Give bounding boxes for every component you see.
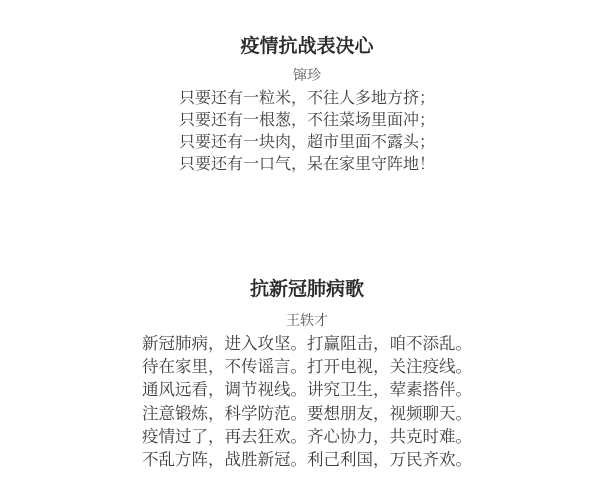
- poem-line: 不乱方阵，战胜新冠。利己利国，万民齐欢。: [0, 448, 614, 471]
- poem-line: 只要还有一口气，呆在家里守阵地！: [0, 153, 614, 175]
- poem-line: 通风远看，调节视线。讲究卫生，荤素搭伴。: [0, 378, 614, 401]
- poem-author: 王轶才: [0, 310, 614, 332]
- poem-line: 疫情过了，再去狂欢。齐心协力，共克时难。: [0, 425, 614, 448]
- poem-line: 只要还有一粒米，不往人多地方挤；: [0, 87, 614, 109]
- poem-line: 新冠肺病，进入攻坚。打赢阻击，咱不添乱。: [0, 332, 614, 355]
- poem-line: 待在家里，不传谣言。打开电视，关注疫线。: [0, 355, 614, 378]
- poem-2: 抗新冠肺病歌 王轶才 新冠肺病，进入攻坚。打赢阻击，咱不添乱。 待在家里，不传谣…: [0, 276, 614, 471]
- poem-author: 镩珍: [0, 65, 614, 87]
- poem-line: 注意锻炼，科学防范。要想朋友，视频聊天。: [0, 402, 614, 425]
- poem-1: 疫情抗战表决心 镩珍 只要还有一粒米，不往人多地方挤； 只要还有一根葱，不往菜场…: [0, 33, 614, 175]
- poem-title: 疫情抗战表决心: [0, 33, 614, 59]
- poem-title: 抗新冠肺病歌: [0, 276, 614, 302]
- poem-line: 只要还有一根葱，不往菜场里面冲；: [0, 109, 614, 131]
- poem-line: 只要还有一块肉，超市里面不露头；: [0, 131, 614, 153]
